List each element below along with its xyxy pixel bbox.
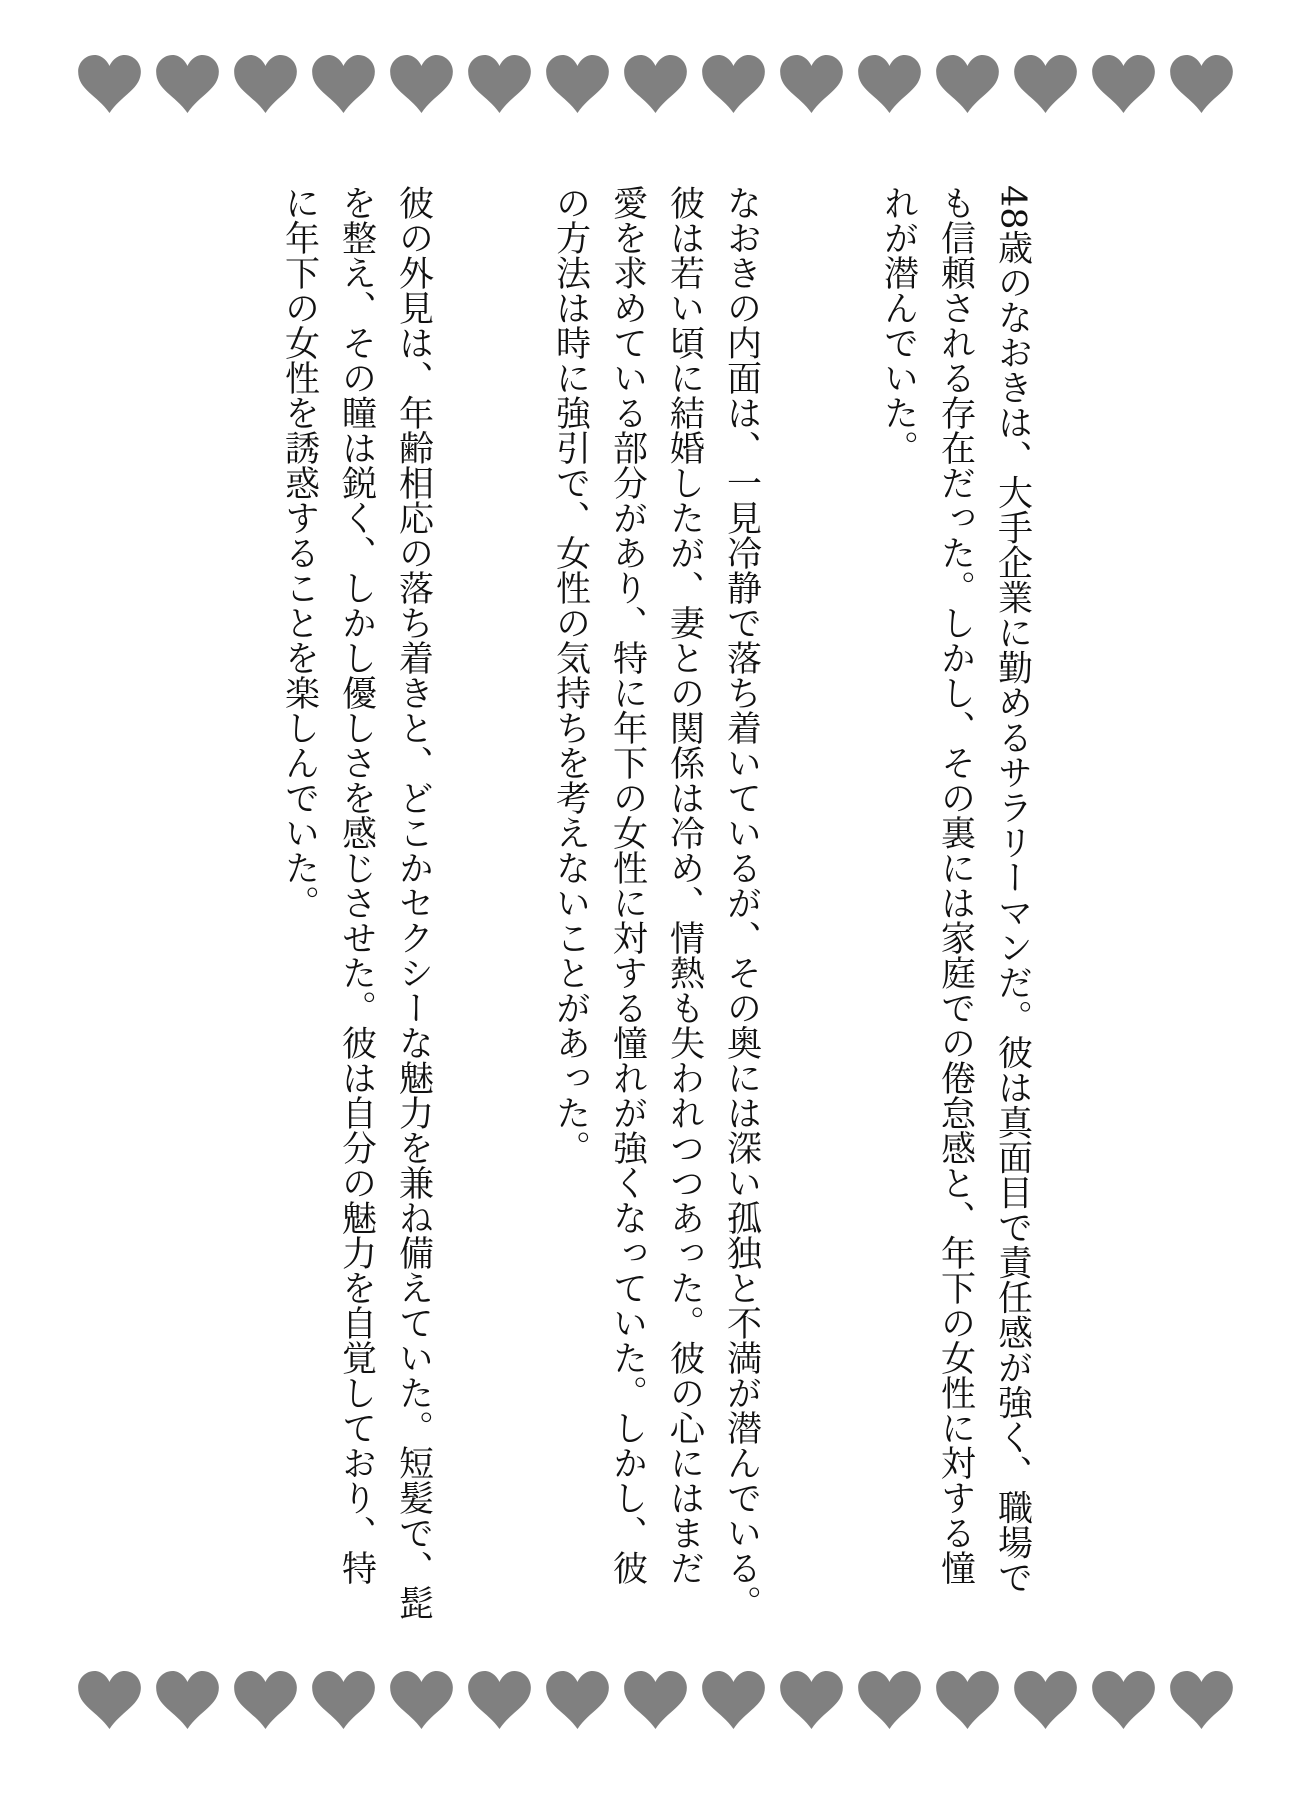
heart-icon bbox=[702, 55, 765, 113]
heart-icon bbox=[936, 55, 999, 113]
heart-icon bbox=[858, 1671, 921, 1729]
heart-icon bbox=[624, 1671, 687, 1729]
heart-icon bbox=[1170, 55, 1233, 113]
heart-icon bbox=[780, 1671, 843, 1729]
story-paragraph-3: 彼の外見は、年齢相応の落ち着きと、どこかセクシーな魅力を兼ね備えていた。短髪で、… bbox=[271, 185, 442, 1635]
heart-icon bbox=[78, 1671, 141, 1729]
heart-icon bbox=[312, 55, 375, 113]
heart-icon bbox=[390, 1671, 453, 1729]
heart-icon bbox=[936, 1671, 999, 1729]
hearts-divider-bottom bbox=[0, 1671, 1311, 1729]
heart-icon bbox=[156, 55, 219, 113]
heart-icon bbox=[234, 1671, 297, 1729]
heart-icon bbox=[1014, 1671, 1077, 1729]
heart-icon bbox=[78, 55, 141, 113]
heart-icon bbox=[546, 55, 609, 113]
story-paragraph-1: 48歳のなおきは、大手企業に勤めるサラリーマンだ。彼は真面目で責任感が強く、職場… bbox=[870, 185, 1041, 1635]
story-text: 48歳のなおきは、大手企業に勤めるサラリーマンだ。彼は真面目で責任感が強く、職場… bbox=[271, 185, 1041, 1635]
heart-icon bbox=[1170, 1671, 1233, 1729]
heart-icon bbox=[234, 55, 297, 113]
heart-icon bbox=[156, 1671, 219, 1729]
heart-icon bbox=[468, 1671, 531, 1729]
heart-icon bbox=[468, 55, 531, 113]
heart-icon bbox=[702, 1671, 765, 1729]
heart-icon bbox=[1014, 55, 1077, 113]
heart-icon bbox=[312, 1671, 375, 1729]
heart-icon bbox=[1092, 1671, 1155, 1729]
heart-icon bbox=[546, 1671, 609, 1729]
story-paragraph-2: なおきの内面は、一見冷静で落ち着いているが、その奥には深い孤独と不満が潜んでいる… bbox=[542, 185, 770, 1635]
heart-icon bbox=[390, 55, 453, 113]
heart-icon bbox=[858, 55, 921, 113]
heart-icon bbox=[780, 55, 843, 113]
hearts-divider-top bbox=[0, 55, 1311, 113]
heart-icon bbox=[1092, 55, 1155, 113]
heart-icon bbox=[624, 55, 687, 113]
document-page: 48歳のなおきは、大手企業に勤めるサラリーマンだ。彼は真面目で責任感が強く、職場… bbox=[0, 0, 1311, 1819]
